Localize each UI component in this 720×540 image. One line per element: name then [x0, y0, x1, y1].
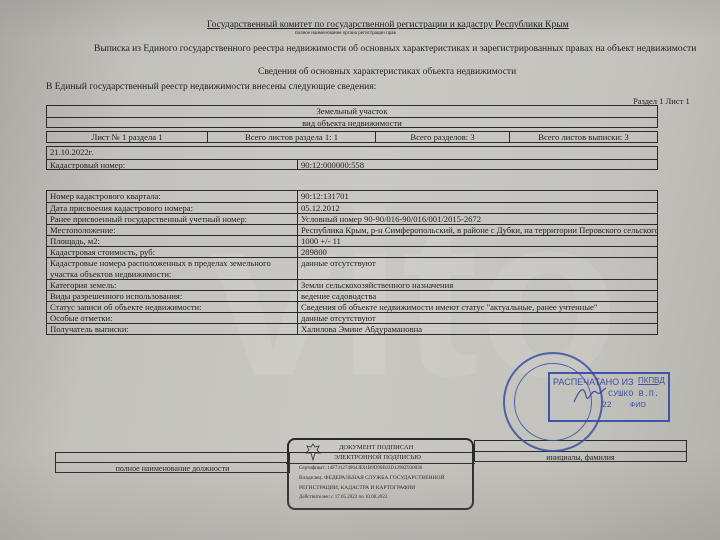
property-label: Статус записи об объекте недвижимости: [47, 302, 297, 312]
property-row: Виды разрешенного использования:ведение … [47, 290, 657, 301]
property-value: данные отсутствуют [297, 313, 657, 323]
printed-from-stamp: РАСПЕЧАТАНО ИЗ ПКПВД СУШКО В.П. 22 ФИО [548, 372, 670, 422]
property-value: Сведения об объекте недвижимости имеют с… [297, 302, 657, 312]
property-row: Местоположение:Республика Крым, р-н Симф… [47, 224, 657, 235]
sheet-info-table: Лист № 1 раздела 1 Всего листов раздела … [46, 131, 658, 143]
property-label: Кадастровая стоимость, руб: [47, 247, 297, 257]
property-value: Халилова Эмине Абдурамановна [297, 324, 657, 334]
property-row: Ранее присвоенный государственный учетны… [47, 213, 657, 224]
object-type-caption: вид объекта недвижимости [47, 118, 657, 128]
cadastral-number-label: Кадастровый номер: [47, 160, 297, 170]
organization-name: Государственный комитет по государственн… [207, 20, 569, 30]
property-value: данные отсутствуют [297, 258, 657, 279]
property-row: Дата присвоения кадастрового номера:05.1… [47, 202, 657, 213]
property-label: Кадастровые номера расположенных в преде… [47, 258, 297, 279]
organization-caption: полное наименование органа регистрации п… [295, 31, 396, 36]
property-value: Условный номер 90-90/016-90/016/001/2015… [297, 214, 657, 224]
property-value: 05.12.2012 [297, 203, 657, 213]
extract-date: 21.10.2022г. [47, 147, 657, 159]
total-sheets-extract: Всего листов выписки: 3 [509, 132, 657, 143]
document-title: Выписка из Единого государственного реес… [94, 44, 696, 54]
stamp-name: СУШКО В.П. [608, 389, 659, 399]
property-row: Получатель выписки:Халилова Эмине Абдура… [47, 323, 657, 334]
intro-text: В Единый государственный реестр недвижим… [46, 82, 376, 92]
property-label: Особые отметки: [47, 313, 297, 323]
property-row: Кадастровая стоимость, руб:289800 [47, 246, 657, 257]
property-value: Земли сельскохозяйственного назначения [297, 280, 657, 290]
paper-shadow-bottom [0, 450, 720, 540]
sheets-in-section: Всего листов раздела 1: 1 [207, 132, 375, 143]
property-row: Площадь, м2:1000 +/- 11 [47, 235, 657, 246]
property-label: Виды разрешенного использования: [47, 291, 297, 301]
property-row: Особые отметки:данные отсутствуют [47, 312, 657, 323]
property-label: Ранее присвоенный государственный учетны… [47, 214, 297, 224]
property-value: 90:12:131701 [297, 191, 657, 202]
stamp-fio-label: ФИО [630, 402, 646, 409]
object-type-row: Земельный участок [47, 106, 657, 117]
property-value: 1000 +/- 11 [297, 236, 657, 246]
object-type-caption-row: вид объекта недвижимости [47, 117, 657, 128]
property-label: Номер кадастрового квартала: [47, 191, 297, 202]
total-sections: Всего разделов: 3 [375, 132, 509, 143]
property-label: Местоположение: [47, 225, 297, 235]
property-value: Республика Крым, р-н Симферопольский, в … [297, 225, 657, 235]
sheet-number: Лист № 1 раздела 1 [47, 132, 207, 143]
properties-table: Номер кадастрового квартала:90:12:131701… [46, 190, 658, 335]
object-type-table: Земельный участок вид объекта недвижимос… [46, 105, 658, 128]
property-value: 289800 [297, 247, 657, 257]
property-value: ведение садоводства [297, 291, 657, 301]
object-type-value: Земельный участок [47, 106, 657, 117]
property-row: Категория земель:Земли сельскохозяйствен… [47, 279, 657, 290]
property-row: Номер кадастрового квартала:90:12:131701 [47, 191, 657, 202]
property-label: Категория земель: [47, 280, 297, 290]
cadastral-number-value: 90:12:000000:558 [297, 160, 657, 170]
property-row: Кадастровые номера расположенных в преде… [47, 257, 657, 279]
property-label: Дата присвоения кадастрового номера: [47, 203, 297, 213]
cadastral-table: 21.10.2022г. Кадастровый номер: 90:12:00… [46, 146, 658, 170]
document-subtitle: Сведения об основных характеристиках объ… [258, 67, 516, 77]
stamp-source: ПКПВД [638, 376, 665, 385]
property-label: Получатель выписки: [47, 324, 297, 334]
property-label: Площадь, м2: [47, 236, 297, 246]
handwritten-signature-icon [572, 384, 608, 406]
property-row: Статус записи об объекте недвижимости:Св… [47, 301, 657, 312]
